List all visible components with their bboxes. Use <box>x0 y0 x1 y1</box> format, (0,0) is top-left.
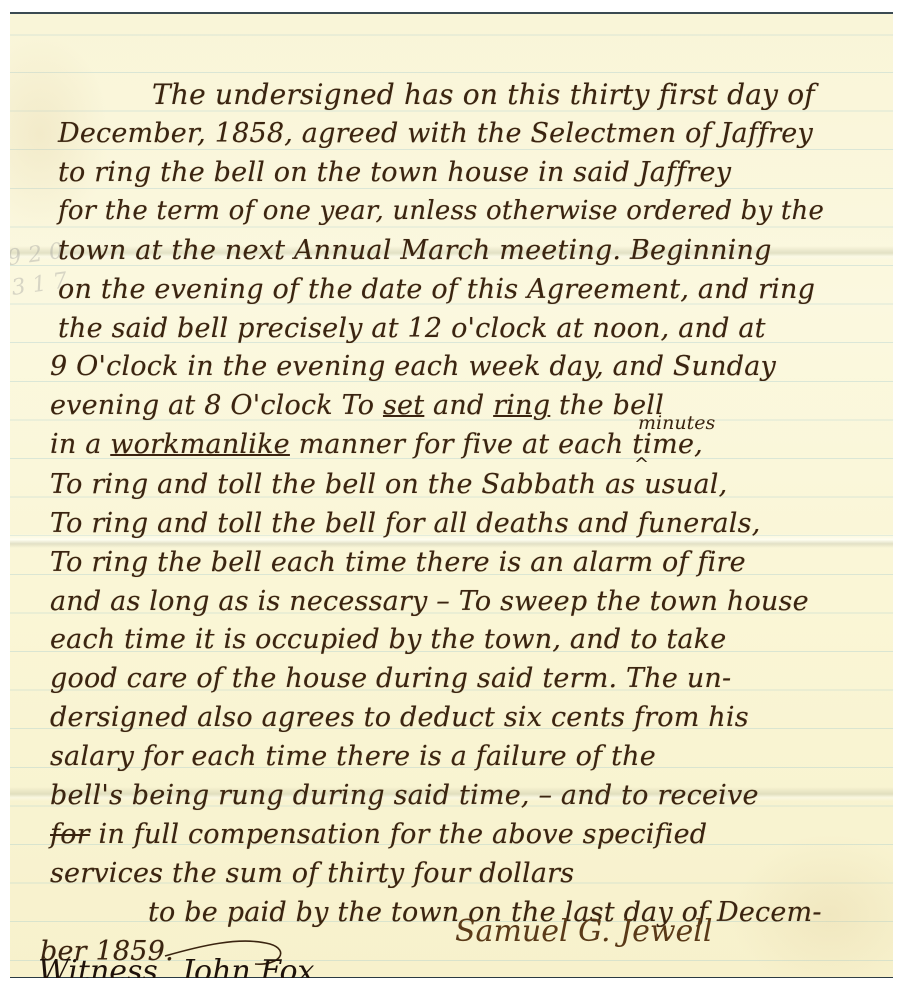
text-line-17: dersigned also agrees to deduct six cent… <box>50 702 749 733</box>
text-segment: evening at 8 O'clock To <box>50 390 383 421</box>
text-line-4: for the term of one year, unless otherwi… <box>58 196 824 226</box>
text-line-2: December, 1858, agreed with the Selectme… <box>58 118 813 149</box>
document-page: 9 2 0 3 1 7 The undersigned has on this … <box>10 12 893 978</box>
signature-samuel-g-jewell: Samuel G. Jewell <box>455 914 712 949</box>
text-segment: and <box>424 390 493 421</box>
text-segment: in a <box>50 429 110 460</box>
text-line-18: salary for each time there is a failure … <box>50 741 656 772</box>
text-line-13: To ring the bell each time there is an a… <box>50 547 746 578</box>
underlined-word-workmanlike: workmanlike <box>110 429 290 460</box>
text-line-9: evening at 8 O'clock To set and ring the… <box>50 390 664 421</box>
text-line-3: to ring the bell on the town house in sa… <box>58 157 731 188</box>
text-line-14: and as long as is necessary – To sweep t… <box>50 586 809 617</box>
text-line-1: The undersigned has on this thirty first… <box>152 78 815 111</box>
text-line-7: the said bell precisely at 12 o'clock at… <box>58 313 766 344</box>
text-line-12: To ring and toll the bell for all deaths… <box>50 508 760 539</box>
underlined-word-set: set <box>383 390 424 421</box>
text-segment: manner for five at each time, <box>290 429 703 460</box>
struck-word: for <box>50 819 90 850</box>
text-line-11: To ring and toll the bell on the Sabbath… <box>50 469 727 500</box>
text-line-15: each time it is occupied by the town, an… <box>50 624 726 655</box>
witness-signature-john-fox: John Fox <box>182 954 314 978</box>
text-line-19: bell's being rung during said time, – an… <box>50 780 759 811</box>
text-line-6: on the evening of the date of this Agree… <box>58 274 815 305</box>
text-line-10: in a workmanlike manner for five at each… <box>50 429 703 460</box>
text-segment: in full compensation for the above speci… <box>90 819 707 850</box>
witness-label: Witness <box>38 954 158 978</box>
text-line-16: good care of the house during said term.… <box>50 663 731 694</box>
text-line-8: 9 O'clock in the evening each week day, … <box>50 351 776 382</box>
underlined-word-ring: ring <box>493 390 550 421</box>
text-line-20: for in full compensation for the above s… <box>50 819 707 850</box>
text-line-5: town at the next Annual March meeting. B… <box>58 235 772 266</box>
text-line-21: services the sum of thirty four dollars <box>50 858 574 889</box>
